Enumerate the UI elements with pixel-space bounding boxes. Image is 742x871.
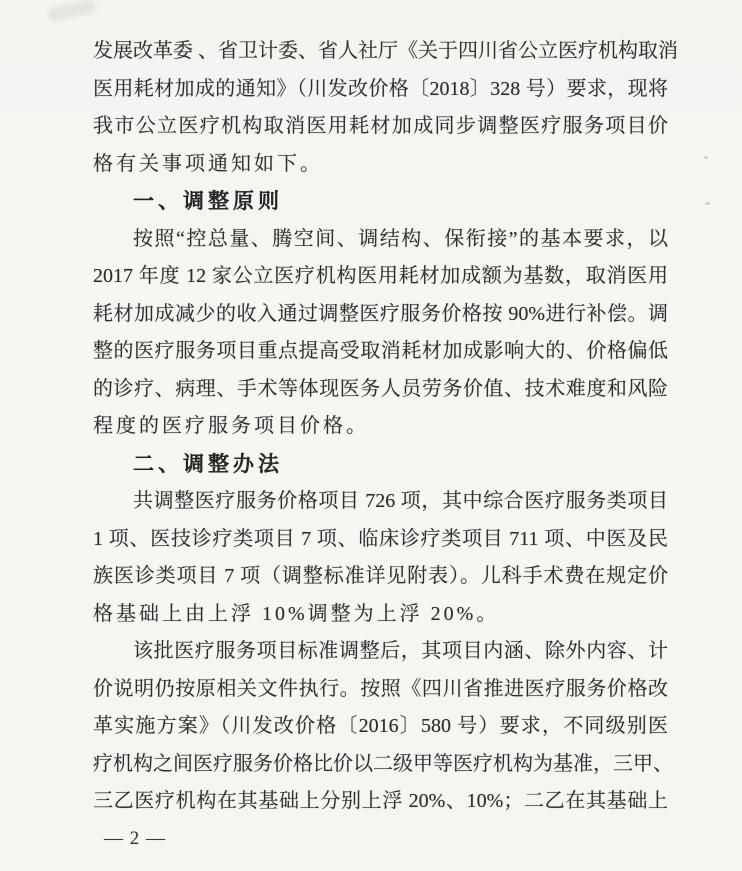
text-line: 程度的医疗服务项目价格。 [93,408,668,446]
scan-smudge-artifact [47,0,97,22]
text-line: 按照“控总量、腾空间、调结构、保衔接”的基本要求，以 [93,221,668,259]
text-line: 该批医疗服务项目标准调整后，其项目内涵、除外内容、计 [93,633,668,671]
scanned-document-page: 发展改革委 、省卫计委、省人社厅《关于四川省公立医疗机构取消 医用耗材加成的通知… [0,0,742,871]
section-heading: 二、调整办法 [93,446,668,484]
text-line: 价说明仍按原相关文件执行。按照《四川省推进医疗服务价格改 [93,671,668,709]
text-line: 疗机构之间医疗服务价格比价以二级甲等医疗机构为基准，三甲、 [93,746,668,784]
text-line: 2017 年度 12 家公立医疗机构医用耗材加成额为基数，取消医用 [93,258,668,296]
section-heading: 一、调整原则 [93,183,668,221]
text-line: 格有关事项通知如下。 [93,146,668,184]
text-line: 三乙医疗机构在其基础上分别上浮 20%、10%；二乙在其基础上 [93,783,668,821]
document-text-block: 发展改革委 、省卫计委、省人社厅《关于四川省公立医疗机构取消 医用耗材加成的通知… [93,33,668,821]
text-line: 共调整医疗服务价格项目 726 项，其中综合医疗服务类项目 [93,483,668,521]
text-line: 医用耗材加成的通知》（川发改价格〔2018〕328 号）要求，现将 [93,71,668,109]
scan-speck [705,202,710,205]
text-line: 我市公立医疗机构取消医用耗材加成同步调整医疗服务项目价 [93,108,668,146]
text-line: 革实施方案》（川发改价格〔2016〕580 号）要求，不同级别医 [93,708,668,746]
text-line: 发展改革委 、省卫计委、省人社厅《关于四川省公立医疗机构取消 [93,33,668,71]
scan-speck [704,156,708,159]
text-line: 耗材加成减少的收入通过调整医疗服务价格按 90%进行补偿。调 [93,296,668,334]
text-line: 格基础上由上浮 10%调整为上浮 20%。 [93,596,668,634]
page-number: — 2 — [104,826,166,852]
text-line: 1 项、医技诊疗类项目 7 项、临床诊疗类项目 711 项、中医及民 [93,521,668,559]
text-line: 族医诊类项目 7 项（调整标准详见附表）。儿科手术费在规定价 [93,558,668,596]
text-line: 的诊疗、病理、手术等体现医务人员劳务价值、技术难度和风险 [93,371,668,409]
text-line: 整的医疗服务项目重点提高受取消耗材加成影响大的、价格偏低 [93,333,668,371]
